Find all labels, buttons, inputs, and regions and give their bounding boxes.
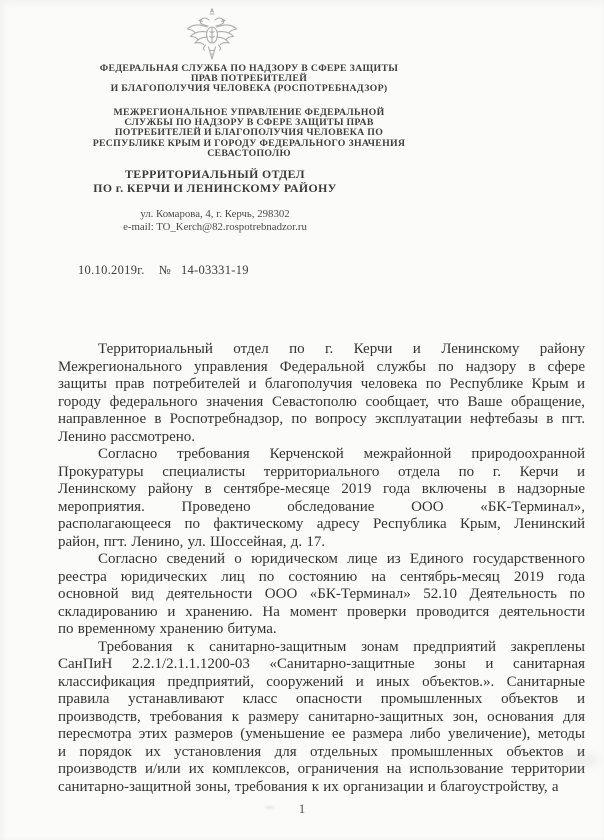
- coat-of-arms-icon: [185, 6, 239, 64]
- scan-smudge: [264, 806, 274, 809]
- body-text-line: городу федерального значения Севастополю…: [58, 394, 585, 412]
- postal-address-line: ул. Комарова, 4, г. Керчь, 298302: [35, 208, 395, 221]
- body-text-line: складированию и хранению. На момент пров…: [58, 604, 585, 622]
- body-text-line: правила устанавливают класс опасности пр…: [58, 691, 585, 709]
- body-text-line: СанПиН 2.2.1/2.1.1.1200-03 «Санитарно-за…: [58, 656, 585, 674]
- body-text-line: Требования к санитарно-защитным зонам пр…: [98, 639, 585, 657]
- agency-name-block: ФЕДЕРАЛЬНАЯ СЛУЖБА ПО НАДЗОРУ В СФЕРЕ ЗА…: [63, 64, 435, 95]
- body-paragraph: Территориальный отдел по г. Керчи и Лени…: [58, 341, 585, 446]
- body-text-line: пересмотра этих размеров (уменьшение ее …: [58, 726, 585, 744]
- body-text-line: реестра юридических лиц по состоянию на …: [58, 569, 585, 587]
- letter-date: 10.10.2019г.: [78, 263, 145, 277]
- department-name-line: СЕВАСТОПОЛЮ: [63, 149, 435, 159]
- scan-smudge: [556, 752, 600, 768]
- body-paragraph: Требования к санитарно-защитным зонам пр…: [58, 639, 585, 797]
- letter-number: 14-03331-19: [181, 263, 249, 277]
- number-sign: №: [159, 263, 171, 277]
- body-text-line: направленное в Роспотребнадзор, по вопро…: [58, 411, 585, 429]
- agency-name-line: И БЛАГОПОЛУЧИЯ ЧЕЛОВЕКА (РОСПОТРЕБНАДЗОР…: [63, 84, 435, 94]
- body-text-line: Ленино рассмотрено.: [58, 429, 585, 447]
- territorial-title-line: ПО г. КЕРЧИ И ЛЕНИНСКОМУ РАЙОНУ: [35, 182, 395, 196]
- body-text-line: Ленинскому району в сентябре-месяце 2019…: [58, 481, 585, 499]
- scanned-letter-page: ФЕДЕРАЛЬНАЯ СЛУЖБА ПО НАДЗОРУ В СФЕРЕ ЗА…: [0, 0, 604, 840]
- department-name-block: МЕЖРЕГИОНАЛЬНОЕ УПРАВЛЕНИЕ ФЕДЕРАЛЬНОЙ С…: [63, 108, 435, 159]
- body-paragraphs: Территориальный отдел по г. Керчи и Лени…: [58, 341, 585, 796]
- email-address-line: e-mail: TO_Kerch@82.rospotrebnadzor.ru: [35, 221, 395, 234]
- body-paragraph: Согласно требования Керченской межрайонн…: [58, 446, 585, 551]
- page-number: 1: [0, 802, 604, 817]
- body-paragraph: Согласно сведений о юридическом лице из …: [58, 551, 585, 639]
- reference-line: 10.10.2019г.№14-03331-19: [78, 263, 249, 278]
- body-text-line: Территориальный отдел по г. Керчи и Лени…: [98, 341, 585, 359]
- body-text-line: и порядок их установления для отдельных …: [58, 744, 585, 762]
- body-text-line: по временному хранению битума.: [58, 621, 585, 639]
- body-text-line: мероприятия. Проведено обследование ООО …: [58, 499, 585, 517]
- contact-address-block: ул. Комарова, 4, г. Керчь, 298302 e-mail…: [35, 208, 395, 234]
- body-text-line: защиты прав потребителей и благополучия …: [58, 376, 585, 394]
- body-text-line: район, пгт. Ленино, ул. Шоссейная, д. 17…: [58, 534, 585, 552]
- body-text-line: производств и/или их комплексов, огранич…: [58, 761, 585, 779]
- body-text-line: Межрегионального управления Федеральной …: [58, 359, 585, 377]
- territorial-department-title: ТЕРРИТОРИАЛЬНЫЙ ОТДЕЛ ПО г. КЕРЧИ И ЛЕНИ…: [35, 168, 395, 195]
- body-text-line: санитарно-защитной зоны, требования к их…: [58, 779, 585, 797]
- body-text-line: Согласно требования Керченской межрайонн…: [98, 446, 585, 464]
- body-text-line: основной вид деятельности ООО «БК-Термин…: [58, 586, 585, 604]
- territorial-title-line: ТЕРРИТОРИАЛЬНЫЙ ОТДЕЛ: [35, 168, 395, 182]
- body-text-line: располагающееся по фактическому адресу Р…: [58, 516, 585, 534]
- body-text-line: Согласно сведений о юридическом лице из …: [98, 551, 585, 569]
- body-text-line: Прокуратуры специалисты территориального…: [58, 464, 585, 482]
- body-text-line: производств, требования к размеру санита…: [58, 709, 585, 727]
- body-text-line: классификация предприятий, сооружений и …: [58, 674, 585, 692]
